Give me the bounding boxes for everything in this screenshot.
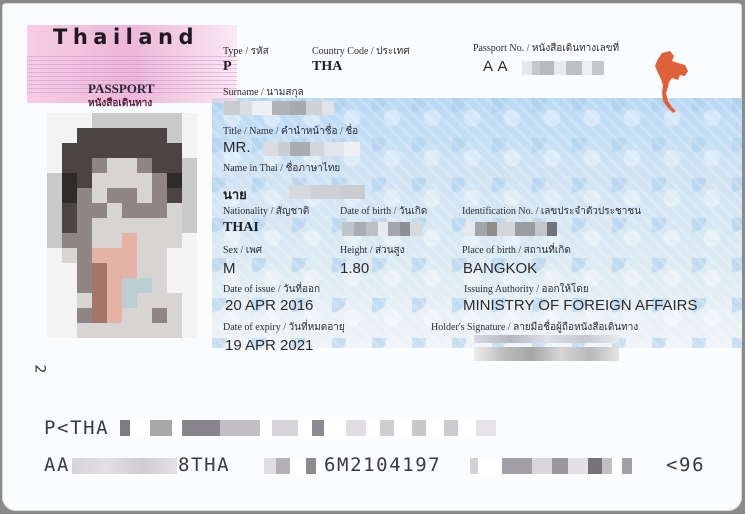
document-name-th: หนังสือเดินทาง — [88, 96, 152, 111]
mrz-line-2-part-2-wrap: 8THA — [178, 454, 230, 476]
mrz-line-2-suffix: <96 — [666, 454, 705, 476]
dob-label: Date of birth / วันเกิด — [340, 204, 427, 219]
sex-value: M — [223, 260, 236, 277]
dob-redacted — [342, 222, 422, 236]
date-of-expiry-label: Date of expiry / วันที่หมดอายุ — [223, 320, 345, 335]
holder-signature-label: Holder's Signature / ลายมือชื่อผู้ถือหนั… — [431, 320, 638, 335]
mrz-line-2-part-1: AA — [44, 454, 70, 476]
page-number: 2 — [31, 365, 47, 374]
place-of-birth-value: BANGKOK — [463, 260, 537, 277]
issuing-authority-value: MINISTRY OF FOREIGN AFFAIRS — [463, 297, 697, 314]
passport-data-page: Thailand PASSPORT หนังสือเดินทาง Type / … — [2, 3, 742, 511]
mrz-line-1: P<THA — [44, 417, 109, 439]
passport-no-value: A A — [483, 58, 509, 75]
name-thai-label: Name in Thai / ชื่อภาษาไทย — [223, 161, 340, 176]
signature-redacted — [474, 335, 619, 365]
date-of-issue-value: 20 APR 2016 — [225, 297, 313, 314]
surname-redacted — [224, 101, 334, 115]
passport-no-redacted — [522, 61, 604, 75]
mrz-line-2-redacted-3 — [470, 458, 632, 474]
sex-label: Sex / เพศ — [223, 243, 262, 258]
type-label: Type / รหัส — [223, 44, 269, 59]
mrz-line-2-suffix-wrap: <96 — [666, 454, 705, 476]
name-thai-value: นาย — [223, 184, 247, 205]
height-value: 1.80 — [340, 260, 369, 277]
date-of-expiry-value: 19 APR 2021 — [225, 337, 313, 354]
mrz-line-2-part-3: 6M2104197 — [324, 454, 441, 476]
id-no-label: Identification No. / เลขประจำตัวประชาชน — [462, 204, 641, 219]
title-name-label: Title / Name / คำนำหน้าชื่อ / ชื่อ — [223, 124, 358, 139]
country-title: Thailand — [53, 25, 199, 49]
nationality-label: Nationality / สัญชาติ — [223, 204, 309, 219]
document-name-en: PASSPORT — [88, 81, 154, 97]
surname-label: Surname / นามสกุล — [223, 85, 304, 100]
country-code-value: THA — [312, 59, 342, 75]
date-of-issue-label: Date of issue / วันที่ออก — [223, 282, 320, 297]
place-of-birth-label: Place of birth / สถานที่เกิด — [462, 243, 571, 258]
mrz-line-2-part-3-wrap: 6M2104197 — [324, 454, 441, 476]
title-name-value: MR. — [223, 139, 251, 156]
id-no-redacted — [465, 222, 557, 236]
name-thai-redacted — [289, 185, 365, 199]
thailand-map-icon — [652, 51, 692, 115]
holder-photo — [47, 113, 197, 338]
height-label: Height / ส่วนสูง — [340, 243, 405, 258]
mrz-line-2-redacted-1 — [72, 458, 177, 474]
country-code-label: Country Code / ประเทศ — [312, 44, 410, 59]
mrz-line-1-redacted — [120, 420, 496, 436]
mrz-line-2-redacted-2 — [264, 458, 316, 474]
mrz-line-2: AA — [44, 454, 70, 476]
mrz-line-2-part-2: 8THA — [178, 454, 230, 476]
issuing-authority-label: Issuing Authority / ออกให้โดย — [464, 282, 589, 297]
passport-no-label: Passport No. / หนังสือเดินทางเลขที่ — [473, 41, 619, 56]
mrz-line-1-prefix: P<THA — [44, 417, 109, 439]
nationality-value: THAI — [223, 220, 259, 236]
type-value: P — [223, 59, 232, 75]
given-name-redacted — [264, 142, 360, 156]
